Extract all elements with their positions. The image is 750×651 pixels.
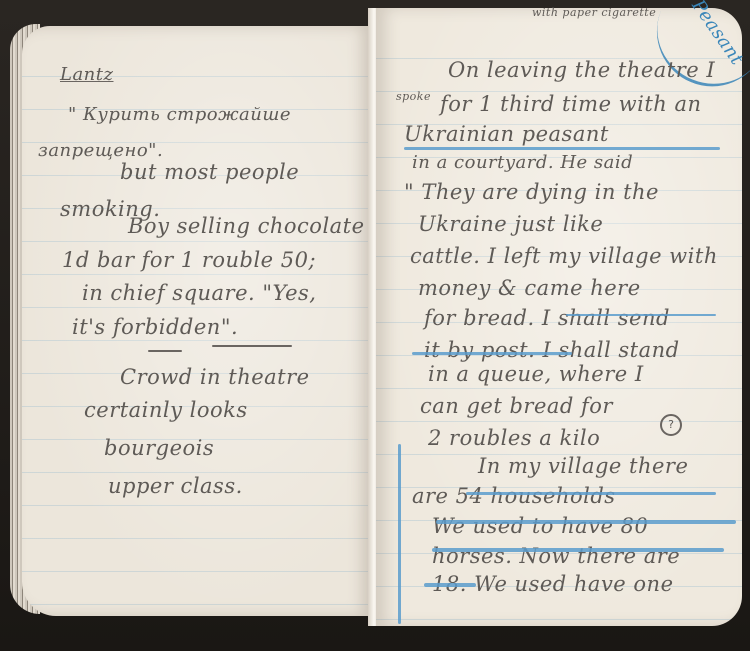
handwritten-line: Boy selling chocolate xyxy=(128,214,365,238)
blue-margin-bracket xyxy=(398,444,401,624)
blue-underline xyxy=(566,314,716,316)
handwritten-line: but most people xyxy=(120,160,299,184)
notebook-photo: Lantz " Курить строжайше запрещено". but… xyxy=(0,0,750,651)
handwritten-line: Ukraine just like xyxy=(418,212,603,236)
blue-underline xyxy=(466,492,716,495)
blue-underline xyxy=(404,147,720,150)
blue-strike xyxy=(436,520,736,524)
pencil-dash xyxy=(148,350,182,352)
handwritten-line: certainly looks xyxy=(84,398,248,422)
left-page-heading: Lantz xyxy=(60,64,114,85)
pencil-dash xyxy=(212,345,292,347)
handwritten-line: it by post. I shall stand xyxy=(424,338,680,362)
handwritten-line: " Курить строжайше xyxy=(68,104,291,125)
handwritten-line: 2 roubles a kilo xyxy=(428,426,600,450)
handwritten-line: In my village there xyxy=(478,454,688,478)
handwritten-line: in a courtyard. He said xyxy=(412,152,633,173)
handwritten-line: for bread. I shall send xyxy=(424,306,670,330)
handwritten-line: 1d bar for 1 rouble 50; xyxy=(62,248,316,272)
handwritten-line: it's forbidden". xyxy=(72,315,238,339)
handwritten-line: for 1 third time with an xyxy=(440,92,702,116)
blue-strike xyxy=(432,548,724,552)
handwritten-line: Crowd in theatre xyxy=(120,365,310,389)
blue-underline xyxy=(424,583,476,587)
top-note: with paper cigarette xyxy=(532,6,656,19)
handwritten-line: in a queue, where I xyxy=(428,362,644,386)
handwritten-line: can get bread for xyxy=(420,394,613,418)
handwritten-line: We used to have 80 xyxy=(432,514,648,538)
blue-underline xyxy=(412,352,572,355)
handwritten-line: money & came here xyxy=(418,276,641,300)
handwritten-line: in chief square. "Yes, xyxy=(82,281,316,305)
handwritten-line: are 54 households xyxy=(412,484,616,508)
handwritten-line: " They are dying in the xyxy=(404,180,659,204)
handwritten-line: bourgeois xyxy=(104,436,214,460)
circled-question-mark: ? xyxy=(660,414,682,436)
handwritten-line: запрещено". xyxy=(38,140,163,161)
insert-note: spoke xyxy=(396,90,431,103)
handwritten-line: upper class. xyxy=(108,474,243,498)
handwritten-line: cattle. I left my village with xyxy=(410,244,718,268)
handwritten-line: On leaving the theatre I xyxy=(448,58,715,82)
handwritten-line: Ukrainian peasant xyxy=(404,122,609,146)
